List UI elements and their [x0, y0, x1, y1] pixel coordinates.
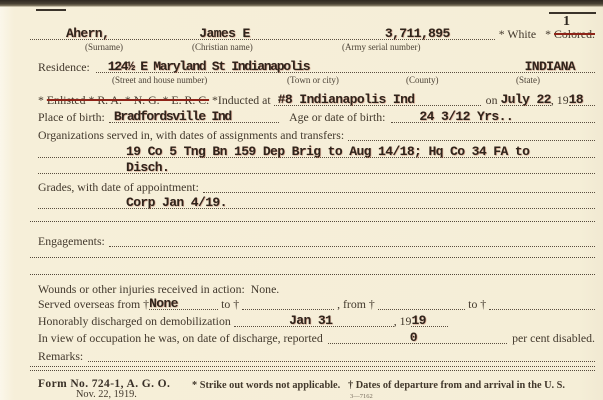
birth-row: Place of birth: Bradfordsville Ind Age o…: [38, 108, 595, 123]
overseas-from1-value: None: [149, 297, 178, 310]
top-left-line: [36, 9, 66, 11]
disability-label: In view of occupation he was, on date of…: [38, 332, 323, 344]
discharge-year-value: 19: [411, 314, 425, 327]
dotted-leader: 124½ E Maryland St Indianapolis INDIANA: [96, 60, 595, 73]
scan-top-edge: [0, 0, 603, 7]
inducted-place-value: #8 Indianapolis Ind: [278, 93, 415, 106]
dotted-leader: #8 Indianapolis Ind: [274, 93, 481, 106]
dotted-leader: [489, 309, 595, 310]
enlisted-asterisk: *: [38, 93, 47, 107]
surname-label: (Surname): [85, 42, 123, 52]
town-label: (Town or city): [287, 75, 339, 85]
discharge-row: Honorably discharged on demobilization J…: [38, 312, 595, 327]
street-label: (Street and house number): [112, 75, 207, 85]
race-colored-option: * Colored.: [536, 28, 595, 40]
service-record-card: 1 Ahern, James E 3,711,895 * White * Col…: [0, 0, 603, 400]
dotted-leader: [242, 309, 334, 310]
age-label: Age or date of birth:: [279, 111, 391, 123]
disability-suffix: per cent disabled.: [512, 332, 595, 344]
overseas-to1-label: to †: [218, 298, 242, 310]
dotted-leader: July 22: [500, 93, 550, 106]
discharge-label: Honorably discharged on demobilization: [38, 315, 231, 327]
blank-dotted-line: [30, 274, 595, 275]
grades-value-line: Corp Jan 4/19.: [38, 194, 595, 209]
overseas-row: Served overseas from † None to † , from …: [38, 295, 595, 310]
race-white-option: * White: [495, 28, 536, 40]
dotted-leader: Disch.: [38, 161, 595, 174]
print-code: 3—7162: [350, 393, 373, 400]
dates-note: † Dates of departure from and arrival in…: [348, 380, 565, 391]
discharge-date-value: Jan 31: [289, 314, 332, 327]
organizations-line1: 19 Co 5 Tng Bn 159 Dep Brig to Aug 14/18…: [38, 143, 595, 158]
induction-row: * Enlisted * R. A. * N. G. * E. R. C. *I…: [38, 91, 595, 106]
age-value: 24 3/12 Yrs..: [419, 110, 513, 123]
disability-value: 0: [410, 331, 417, 344]
state-label: (State): [516, 75, 540, 85]
strike-out-note: * Strike out words not applicable.: [192, 380, 340, 391]
blank-dotted-line: [30, 257, 595, 258]
dotted-leader: 19: [411, 314, 447, 327]
dotted-leader: Ahern, James E 3,711,895: [30, 27, 495, 40]
organizations-line2: Disch.: [38, 159, 595, 174]
colored-asterisk: *: [545, 27, 554, 41]
organizations-row: Organizations served in, with dates of a…: [38, 126, 595, 141]
footer-divider-line-1: [30, 366, 595, 367]
residence-state-value: INDIANA: [525, 60, 575, 73]
organizations-value-2: Disch.: [126, 161, 169, 174]
year-prefix: , 19: [551, 94, 569, 106]
disability-row: In view of occupation he was, on date of…: [38, 329, 595, 344]
grades-row: Grades, with date of appointment:: [38, 178, 595, 193]
dotted-leader: 18: [569, 93, 595, 106]
place-of-birth-label: Place of birth:: [38, 111, 105, 123]
wounds-label: Wounds or other injuries received in act…: [38, 283, 245, 295]
christian-name-value: James E: [199, 27, 249, 40]
page-number-overline: [549, 12, 596, 14]
enlisted-struck-options: Enlisted * R. A. * N. G. * E. R. C.: [47, 93, 209, 107]
dotted-leader: Bradfordsville Ind: [109, 110, 279, 123]
footer-divider-line-2: [30, 370, 595, 371]
grades-label: Grades, with date of appointment:: [38, 181, 199, 193]
organizations-value-1: 19 Co 5 Tng Bn 159 Dep Brig to Aug 14/18…: [126, 145, 529, 158]
dotted-leader: Jan 31: [234, 314, 394, 327]
serial-number-value: 3,711,895: [385, 27, 450, 40]
dotted-leader: [109, 245, 595, 247]
dotted-leader: 19 Co 5 Tng Bn 159 Dep Brig to Aug 14/18…: [38, 145, 595, 158]
place-of-birth-value: Bradfordsville Ind: [114, 110, 231, 123]
wounds-value: None.: [245, 283, 280, 295]
dotted-leader: None: [149, 297, 218, 310]
induction-year-value: 18: [569, 93, 583, 106]
wounds-row: Wounds or other injuries received in act…: [38, 282, 595, 295]
grades-value: Corp Jan 4/19.: [126, 196, 227, 209]
residence-row: Residence: 124½ E Maryland St Indianapol…: [38, 58, 595, 73]
overseas-from2-label: , from †: [334, 298, 378, 310]
surname-value: Ahern,: [66, 27, 109, 40]
engagements-row: Engagements:: [38, 232, 595, 247]
christian-name-label: (Christian name): [192, 42, 253, 52]
remarks-label: Remarks:: [38, 350, 83, 362]
inducted-at-label: *Inducted at: [209, 93, 271, 107]
dotted-leader: [203, 191, 595, 193]
dotted-leader: [378, 309, 465, 310]
residence-street-value: 124½ E Maryland St Indianapolis: [108, 60, 310, 73]
overseas-label: Served overseas from †: [38, 298, 149, 310]
overseas-to2-label: to †: [465, 298, 489, 310]
serial-number-label: (Army serial number): [342, 42, 420, 52]
dotted-leader: [348, 139, 595, 141]
form-date: Nov. 22, 1919.: [76, 389, 137, 400]
discharge-year-prefix: , 19: [394, 315, 412, 327]
county-label: (County): [406, 75, 439, 85]
dotted-leader: Corp Jan 4/19.: [38, 196, 595, 209]
on-label: on: [481, 94, 501, 106]
engagements-label: Engagements:: [38, 235, 105, 247]
remarks-row: Remarks:: [38, 347, 595, 362]
dotted-leader: 24 3/12 Yrs..: [391, 110, 595, 123]
name-row: Ahern, James E 3,711,895 * White * Color…: [30, 25, 595, 40]
inducted-date-value: July 22: [500, 93, 550, 106]
dotted-leader: 0: [328, 331, 507, 344]
organizations-label: Organizations served in, with dates of a…: [38, 129, 344, 141]
dotted-leader: [88, 360, 595, 362]
colored-struck-word: Colored.: [554, 27, 595, 41]
blank-dotted-line: [30, 221, 595, 222]
residence-label: Residence:: [38, 61, 90, 73]
induction-printed-text: * Enlisted * R. A. * N. G. * E. R. C. *I…: [38, 94, 271, 106]
